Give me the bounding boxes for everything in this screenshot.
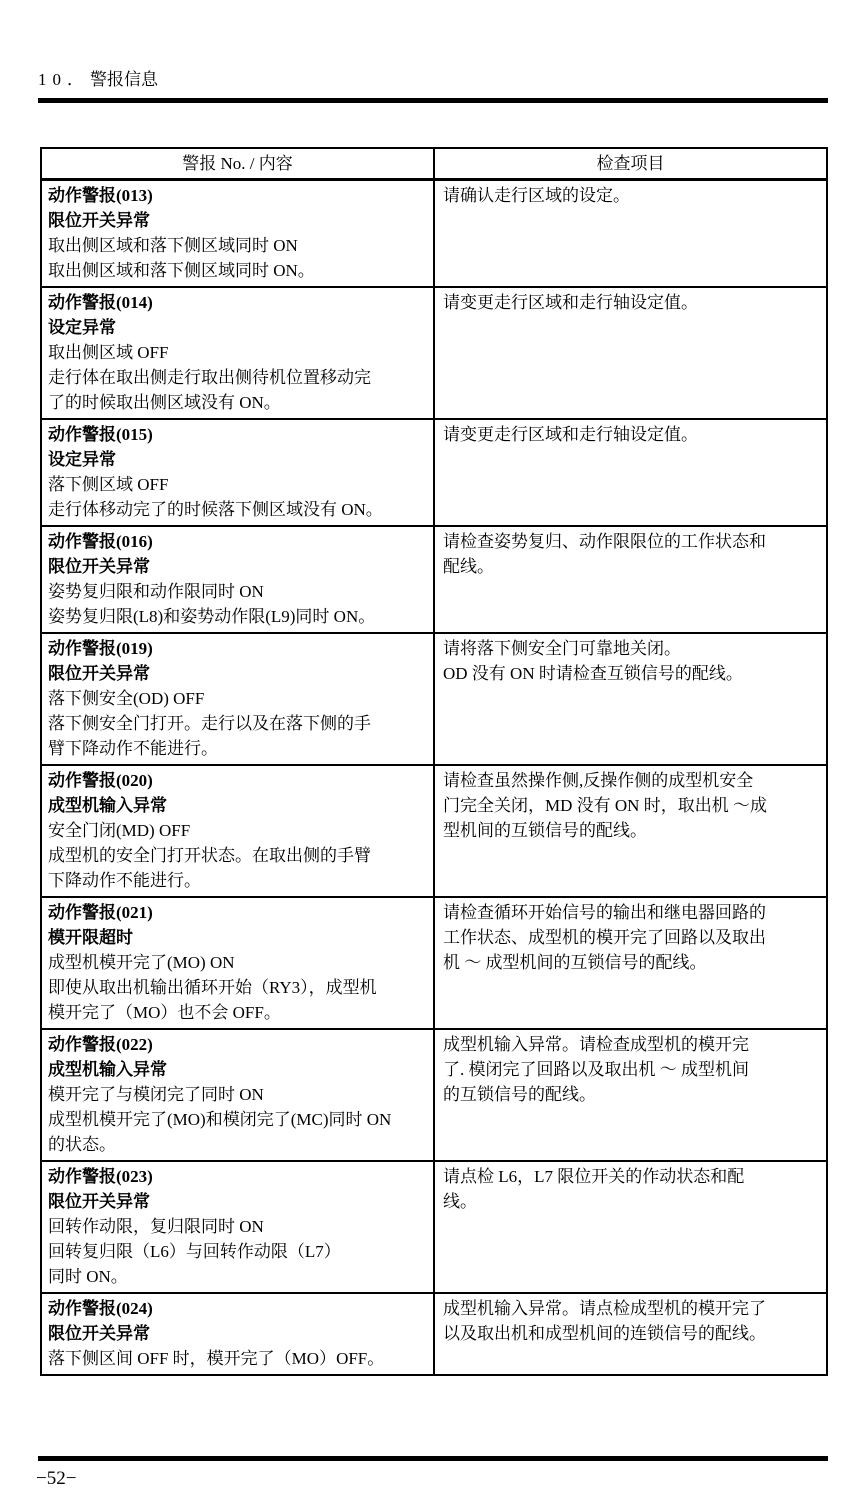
alarm-cell: 动作警报(021) 模开限超时 成型机模开完了(MO) ON即使从取出机输出循环… (42, 898, 435, 1028)
alarm-no: 动作警报(021) (48, 900, 428, 925)
check-item-line: 了. 模闭完了回路以及取出机 ～ 成型机间 (443, 1057, 821, 1082)
document-page: 10．警报信息 警报 No. / 内容 检查项目 动作警报(013) 限位开关异… (0, 0, 862, 1503)
check-item-line: 请变更走行区域和走行轴设定值。 (443, 290, 821, 315)
check-item-line: 请将落下侧安全门可靠地关闭。 (443, 636, 821, 661)
alarm-content-line: 取出侧区域和落下侧区域同时 ON。 (48, 258, 428, 283)
alarm-name: 模开限超时 (48, 925, 428, 950)
check-item-line: 型机间的互锁信号的配线。 (443, 818, 821, 843)
alarm-name: 限位开关异常 (48, 554, 428, 579)
table-row: 动作警报(013) 限位开关异常 取出侧区域和落下侧区域同时 ON取出侧区域和落… (42, 181, 826, 288)
alarm-cell: 动作警报(020) 成型机输入异常 安全门闭(MD) OFF成型机的安全门打开状… (42, 766, 435, 896)
alarm-content-line: 回转作动限，复归限同时 ON (48, 1214, 428, 1239)
check-item-line: 成型机输入异常。请点检成型机的模开完了 (443, 1296, 821, 1321)
alarm-cell: 动作警报(024) 限位开关异常 落下侧区间 OFF 时，模开完了（MO）OFF… (42, 1294, 435, 1374)
section-name: 警报信息 (90, 70, 158, 89)
table-row: 动作警报(014) 设定异常 取出侧区域 OFF走行体在取出侧走行取出侧待机位置… (42, 288, 826, 420)
check-item-line: 线。 (443, 1189, 821, 1214)
check-item-line: 请变更走行区域和走行轴设定值。 (443, 422, 821, 447)
alarm-content-line: 同时 ON。 (48, 1264, 428, 1289)
alarm-content-line: 落下侧安全(OD) OFF (48, 686, 428, 711)
alarm-content-line: 即使从取出机输出循环开始（RY3），成型机 (48, 975, 428, 1000)
alarm-content-line: 取出侧区域和落下侧区域同时 ON (48, 233, 428, 258)
check-item-cell: 请变更走行区域和走行轴设定值。 (435, 288, 826, 418)
alarm-cell: 动作警报(022) 成型机输入异常 模开完了与模闭完了同时 ON成型机模开完了(… (42, 1030, 435, 1160)
check-item-line: OD 没有 ON 时请检查互锁信号的配线。 (443, 661, 821, 686)
check-item-line: 请检查循环开始信号的输出和继电器回路的 (443, 900, 821, 925)
table-row: 动作警报(022) 成型机输入异常 模开完了与模闭完了同时 ON成型机模开完了(… (42, 1030, 826, 1162)
alarm-cell: 动作警报(019) 限位开关异常 落下侧安全(OD) OFF落下侧安全门打开。走… (42, 634, 435, 764)
check-item-line: 的互锁信号的配线。 (443, 1082, 821, 1107)
check-item-line: 工作状态、成型机的模开完了回路以及取出 (443, 925, 821, 950)
alarm-content-line: 成型机模开完了(MO)和模闭完了(MC)同时 ON (48, 1107, 428, 1132)
check-item-line: 请确认走行区域的设定。 (443, 183, 821, 208)
alarm-cell: 动作警报(015) 设定异常 落下侧区域 OFF走行体移动完了的时候落下侧区域没… (42, 420, 435, 525)
section-number: 10． (38, 70, 90, 89)
header-rule (38, 98, 828, 103)
alarm-content-line: 成型机的安全门打开状态。在取出侧的手臂 (48, 843, 428, 868)
section-title: 10．警报信息 (38, 68, 158, 92)
check-item-cell: 请确认走行区域的设定。 (435, 181, 826, 286)
alarm-name: 限位开关异常 (48, 208, 428, 233)
check-item-cell: 请变更走行区域和走行轴设定值。 (435, 420, 826, 525)
table-row: 动作警报(020) 成型机输入异常 安全门闭(MD) OFF成型机的安全门打开状… (42, 766, 826, 898)
alarm-content-line: 的状态。 (48, 1132, 428, 1157)
table-row: 动作警报(015) 设定异常 落下侧区域 OFF走行体移动完了的时候落下侧区域没… (42, 420, 826, 527)
table-row: 动作警报(023) 限位开关异常 回转作动限，复归限同时 ON回转复归限（L6）… (42, 1162, 826, 1294)
check-item-cell: 请检查虽然操作侧,反操作侧的成型机安全门完全关闭，MD 没有 ON 时，取出机 … (435, 766, 826, 896)
alarm-name: 限位开关异常 (48, 1321, 428, 1346)
check-item-cell: 成型机输入异常。请点检成型机的模开完了以及取出机和成型机间的连锁信号的配线。 (435, 1294, 826, 1374)
check-item-line: 以及取出机和成型机间的连锁信号的配线。 (443, 1321, 821, 1346)
alarm-content-line: 了的时候取出侧区域没有 ON。 (48, 390, 428, 415)
check-item-line: 请检查姿势复归、动作限限位的工作状态和 (443, 529, 821, 554)
alarm-name: 限位开关异常 (48, 1189, 428, 1214)
check-item-line: 请点检 L6，L7 限位开关的作动状态和配 (443, 1164, 821, 1189)
alarm-name: 限位开关异常 (48, 661, 428, 686)
check-item-cell: 请检查姿势复归、动作限限位的工作状态和配线。 (435, 527, 826, 632)
alarm-name: 设定异常 (48, 315, 428, 340)
alarm-cell: 动作警报(013) 限位开关异常 取出侧区域和落下侧区域同时 ON取出侧区域和落… (42, 181, 435, 286)
alarm-no: 动作警报(015) (48, 422, 428, 447)
table-row: 动作警报(016) 限位开关异常 姿势复归限和动作限同时 ON姿势复归限(L8)… (42, 527, 826, 634)
alarm-content-line: 姿势复归限(L8)和姿势动作限(L9)同时 ON。 (48, 604, 428, 629)
alarm-name: 成型机输入异常 (48, 793, 428, 818)
alarm-no: 动作警报(022) (48, 1032, 428, 1057)
table-header-row: 警报 No. / 内容 检查项目 (42, 149, 826, 181)
check-item-cell: 请检查循环开始信号的输出和继电器回路的工作状态、成型机的模开完了回路以及取出机 … (435, 898, 826, 1028)
alarm-content-line: 模开完了（MO）也不会 OFF。 (48, 1000, 428, 1025)
page-number: −52− (36, 1466, 76, 1492)
table-row: 动作警报(019) 限位开关异常 落下侧安全(OD) OFF落下侧安全门打开。走… (42, 634, 826, 766)
alarm-no: 动作警报(019) (48, 636, 428, 661)
check-item-line: 成型机输入异常。请检查成型机的模开完 (443, 1032, 821, 1057)
check-item-cell: 请将落下侧安全门可靠地关闭。OD 没有 ON 时请检查互锁信号的配线。 (435, 634, 826, 764)
alarm-content-line: 成型机模开完了(MO) ON (48, 950, 428, 975)
alarm-content-line: 模开完了与模闭完了同时 ON (48, 1082, 428, 1107)
alarm-no: 动作警报(013) (48, 183, 428, 208)
alarm-content-line: 回转复归限（L6）与回转作动限（L7） (48, 1239, 428, 1264)
check-item-line: 请检查虽然操作侧,反操作侧的成型机安全 (443, 768, 821, 793)
check-item-line: 门完全关闭，MD 没有 ON 时，取出机 ～成 (443, 793, 821, 818)
alarm-cell: 动作警报(023) 限位开关异常 回转作动限，复归限同时 ON回转复归限（L6）… (42, 1162, 435, 1292)
check-item-line: 机 ～ 成型机间的互锁信号的配线。 (443, 950, 821, 975)
alarm-content-line: 落下侧区域 OFF (48, 472, 428, 497)
alarm-no: 动作警报(023) (48, 1164, 428, 1189)
alarm-no: 动作警报(024) (48, 1296, 428, 1321)
alarm-no: 动作警报(020) (48, 768, 428, 793)
alarm-content-line: 取出侧区域 OFF (48, 340, 428, 365)
alarm-content-line: 姿势复归限和动作限同时 ON (48, 579, 428, 604)
col-header-alarm-no-content: 警报 No. / 内容 (42, 149, 435, 178)
check-item-line: 配线。 (443, 554, 821, 579)
alarm-cell: 动作警报(014) 设定异常 取出侧区域 OFF走行体在取出侧走行取出侧待机位置… (42, 288, 435, 418)
table-row: 动作警报(024) 限位开关异常 落下侧区间 OFF 时，模开完了（MO）OFF… (42, 1294, 826, 1374)
alarm-name: 设定异常 (48, 447, 428, 472)
check-item-cell: 请点检 L6，L7 限位开关的作动状态和配线。 (435, 1162, 826, 1292)
alarm-content-line: 落下侧区间 OFF 时，模开完了（MO）OFF。 (48, 1346, 428, 1371)
alarm-no: 动作警报(014) (48, 290, 428, 315)
alarm-content-line: 臂下降动作不能进行。 (48, 736, 428, 761)
alarm-content-line: 安全门闭(MD) OFF (48, 818, 428, 843)
alarm-cell: 动作警报(016) 限位开关异常 姿势复归限和动作限同时 ON姿势复归限(L8)… (42, 527, 435, 632)
table-body: 动作警报(013) 限位开关异常 取出侧区域和落下侧区域同时 ON取出侧区域和落… (42, 181, 826, 1374)
alarm-content-line: 下降动作不能进行。 (48, 868, 428, 893)
check-item-cell: 成型机输入异常。请检查成型机的模开完了. 模闭完了回路以及取出机 ～ 成型机间的… (435, 1030, 826, 1160)
table-row: 动作警报(021) 模开限超时 成型机模开完了(MO) ON即使从取出机输出循环… (42, 898, 826, 1030)
alarm-content-line: 走行体在取出侧走行取出侧待机位置移动完 (48, 365, 428, 390)
alarm-content-line: 走行体移动完了的时候落下侧区域没有 ON。 (48, 497, 428, 522)
footer-rule (38, 1456, 828, 1461)
alarm-no: 动作警报(016) (48, 529, 428, 554)
alarm-table: 警报 No. / 内容 检查项目 动作警报(013) 限位开关异常 取出侧区域和… (40, 147, 828, 1376)
alarm-content-line: 落下侧安全门打开。走行以及在落下侧的手 (48, 711, 428, 736)
alarm-name: 成型机输入异常 (48, 1057, 428, 1082)
col-header-check-items: 检查项目 (435, 149, 826, 178)
